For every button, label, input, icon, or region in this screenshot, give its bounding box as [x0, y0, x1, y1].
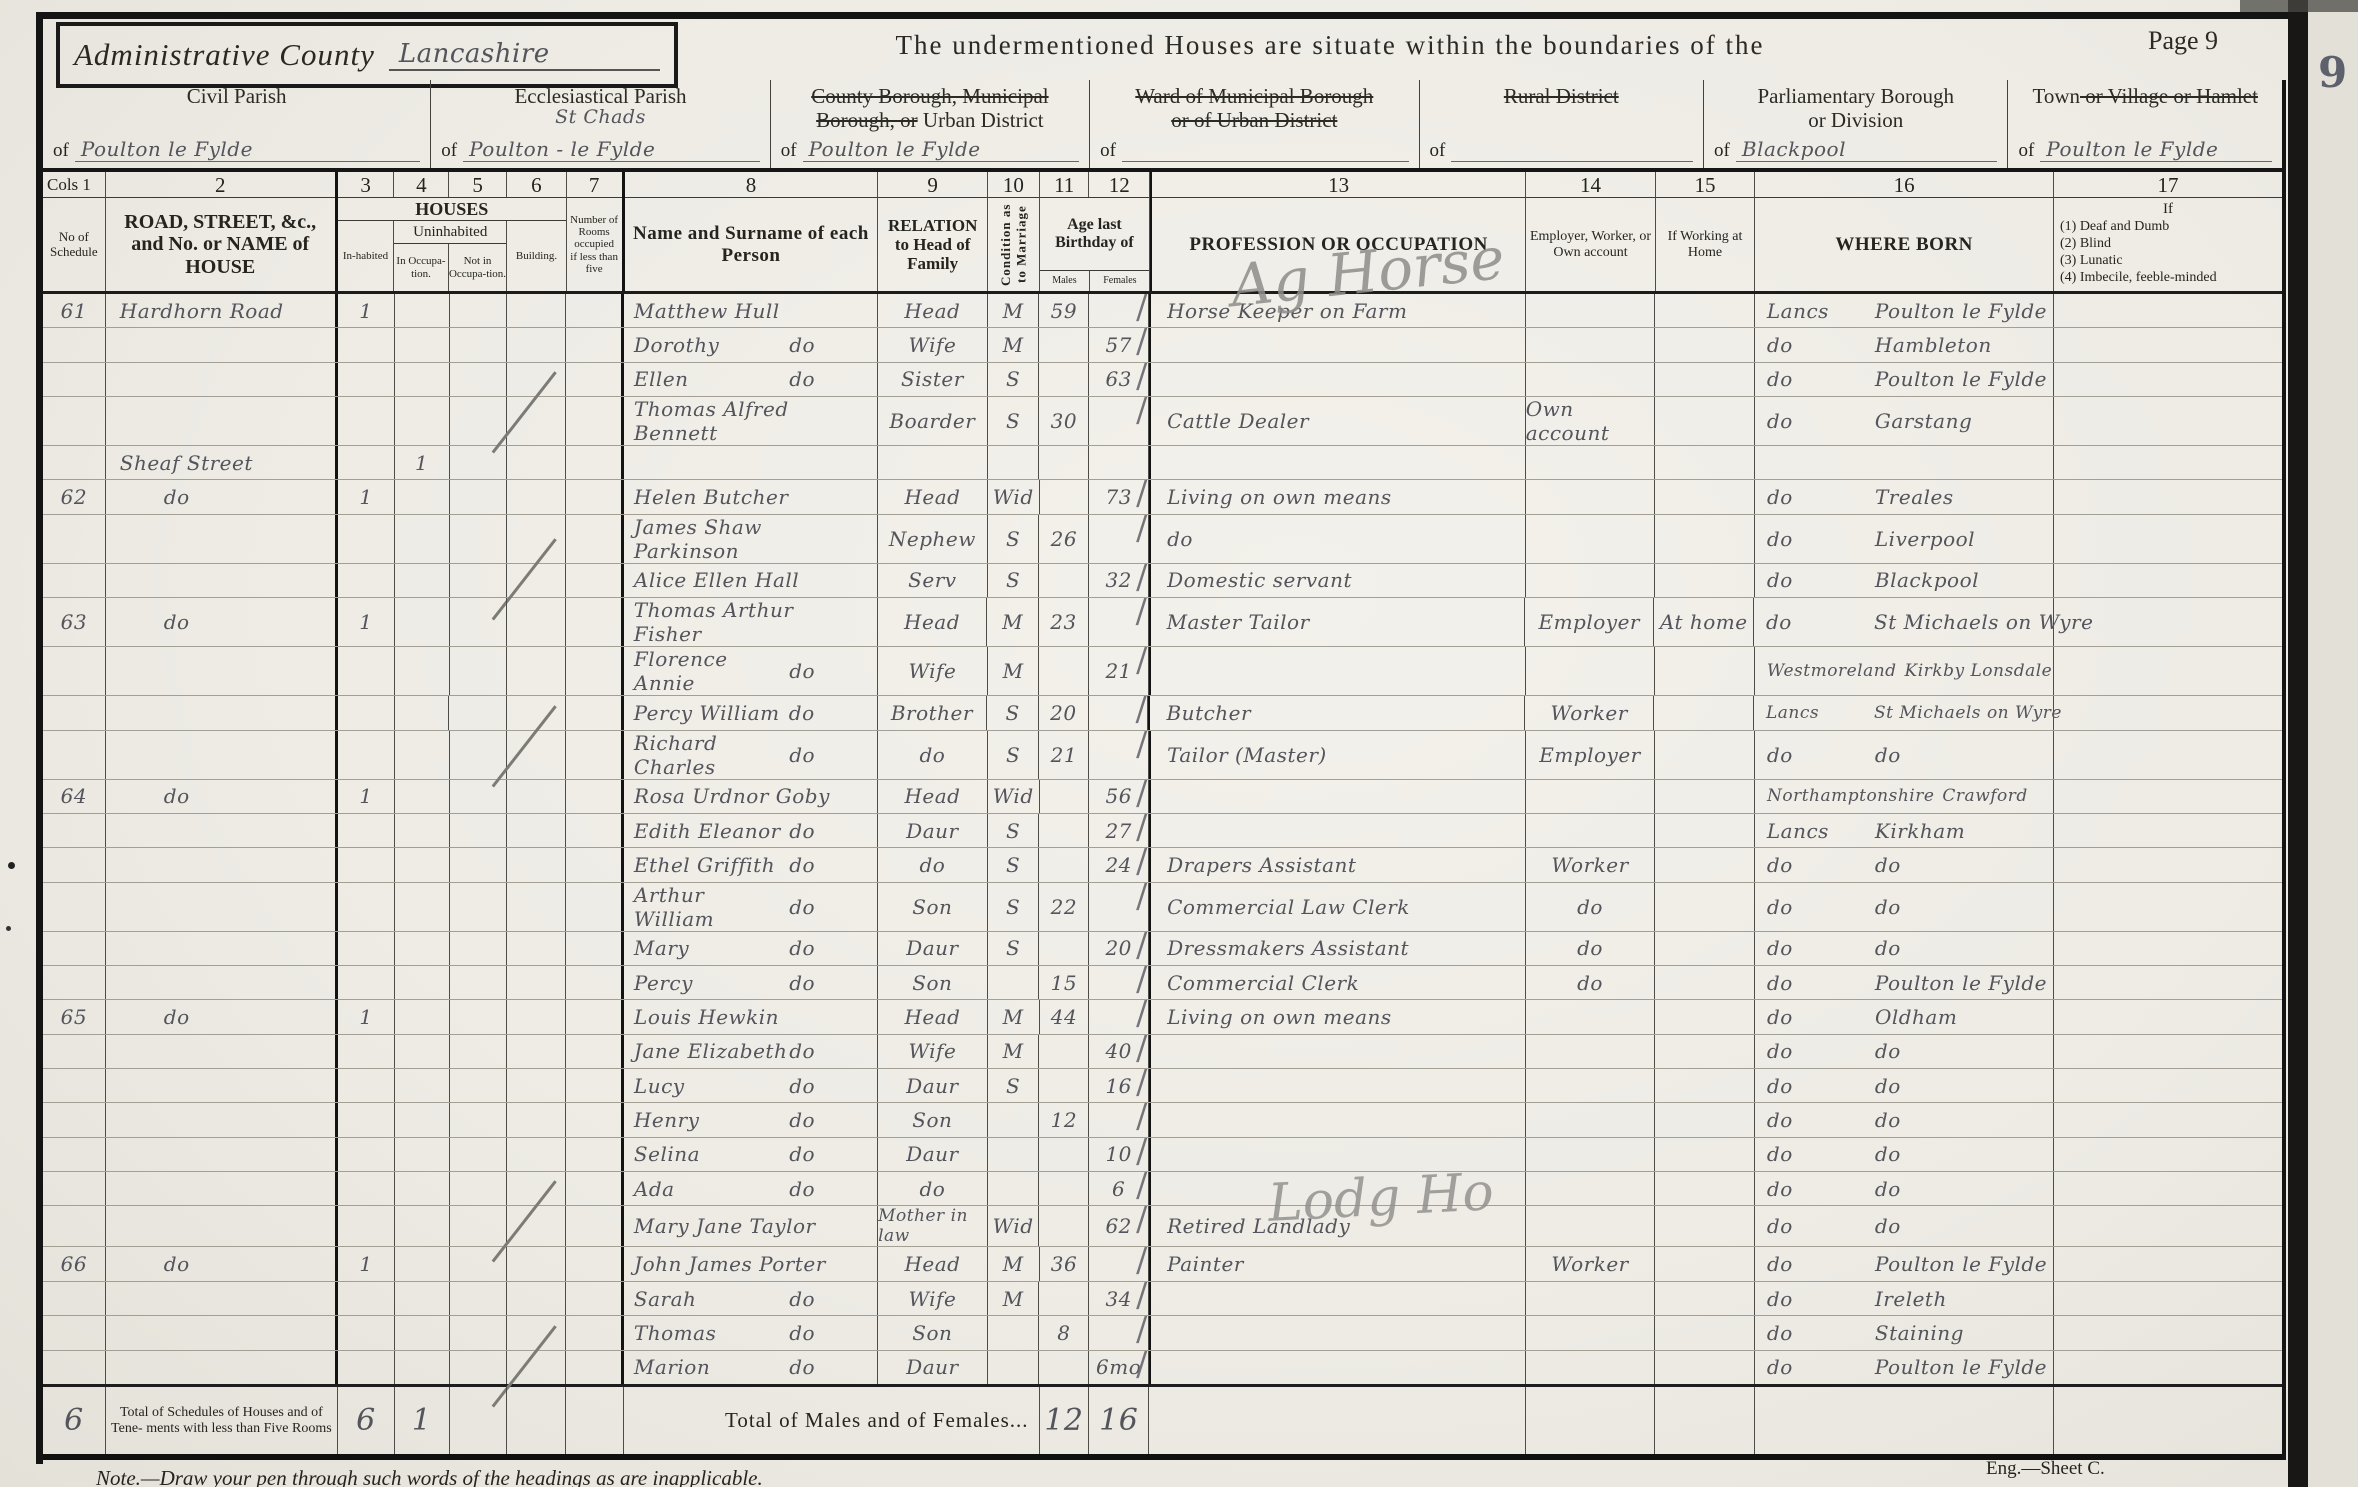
tally-tick-mark: ∕	[1136, 1096, 1148, 1135]
inhabited-count	[338, 1069, 395, 1102]
col7-label: Number of Rooms occupied if less than fi…	[567, 198, 622, 291]
birthplace: doStaining	[1755, 1316, 2054, 1349]
table-row: DorothydoWifeM57∕doHambleton	[43, 328, 2282, 362]
rooms-cell	[566, 1035, 624, 1068]
house-address	[106, 515, 338, 563]
marital-condition: M	[988, 1000, 1040, 1033]
person-name: Thomas Alfred Bennett	[624, 397, 878, 445]
not-in-occupation-cell	[450, 1351, 508, 1384]
age-male	[1039, 647, 1089, 695]
ditto-surname: do	[789, 1321, 863, 1345]
col9-label: RELATION to Head of Family	[878, 198, 987, 291]
relation-to-head: Head	[878, 780, 988, 813]
marital-condition: S	[988, 1069, 1040, 1102]
margin-stamp-number: 9	[2318, 48, 2347, 97]
col-schedule-header: Cols 1 No of Schedule	[43, 172, 106, 291]
birthplace: doGarstang	[1755, 397, 2054, 445]
col2-number: 2	[106, 172, 335, 198]
person-name: Jane Elizabethdo	[624, 1035, 878, 1068]
col16-number: 16	[1755, 172, 2053, 198]
admin-county-box: Administrative County Lancashire	[56, 22, 678, 88]
occupation: ∕	[1149, 780, 1526, 813]
uninhabited-count	[395, 598, 450, 646]
district-label: Parliamentary Boroughor Division	[1714, 84, 1997, 132]
birthplace: doPoulton le Fylde	[1755, 363, 2054, 396]
given-name: Richard Charles	[634, 731, 789, 779]
working-at-home	[1655, 564, 1755, 597]
tally-tick-mark: ∕	[1136, 1165, 1148, 1204]
house-address: Sheaf Street	[106, 446, 338, 479]
occupation: ∕	[1149, 1282, 1526, 1315]
table-row: HenrydoSon12∕dodo	[43, 1103, 2282, 1137]
employer-status	[1526, 328, 1656, 361]
employer-status: Worker	[1526, 848, 1656, 881]
inhabited-count	[338, 814, 395, 847]
district-label-segment: Civil Parish	[187, 84, 287, 108]
schedule-number	[43, 1206, 106, 1246]
col1-label: No of Schedule	[43, 198, 105, 291]
district-note: St Chads	[431, 106, 769, 128]
of-word: of	[53, 140, 69, 162]
birthplace: doPoulton le Fylde	[1755, 1351, 2054, 1384]
rooms-cell	[566, 780, 624, 813]
birth-place: Ireleth	[1867, 1287, 1947, 1311]
infirmity-cell	[2054, 1247, 2282, 1280]
uninhabited-count	[395, 696, 450, 729]
given-name: Arthur William	[634, 883, 789, 931]
employer-status	[1526, 363, 1656, 396]
schedule-number	[43, 1035, 106, 1068]
tally-tick-mark: ∕	[1136, 807, 1148, 846]
district-value: Poulton le Fylde	[75, 137, 420, 162]
inhabited-count	[338, 363, 395, 396]
given-name: Thomas	[634, 1321, 716, 1345]
uninhabited-count	[395, 1351, 450, 1384]
marital-condition: M	[988, 1247, 1040, 1280]
person-name: Matthew Hull	[624, 294, 878, 327]
occupation: ∕	[1149, 814, 1526, 847]
birth-county: do	[1767, 1142, 1867, 1166]
building-cell	[507, 966, 566, 999]
col-employer-header: 14 Employer, Worker, or Own account	[1526, 172, 1655, 291]
col15-number: 15	[1656, 172, 1755, 198]
marital-condition: S	[988, 731, 1040, 779]
infirmity-cell	[2054, 1172, 2282, 1205]
infirm-item: (1) Deaf and Dumb	[2060, 218, 2217, 235]
rooms-cell	[566, 1351, 624, 1384]
not-in-occupation-cell	[450, 564, 508, 597]
tally-tick-mark: ∕	[1136, 1309, 1148, 1348]
marital-condition	[988, 1103, 1040, 1136]
uninhabited-count	[395, 397, 450, 445]
occupation: ∕Commercial Law Clerk	[1149, 883, 1526, 931]
person-name: Ethel Griffithdo	[624, 848, 878, 881]
table-row: MariondoDaur6mo∕doPoulton le Fylde	[43, 1351, 2282, 1384]
person-name: Alice Ellen Hall	[624, 564, 878, 597]
inhabited-count	[338, 1172, 395, 1205]
age-male: 26	[1039, 515, 1089, 563]
tally-tick-mark: ∕	[1136, 591, 1148, 630]
rooms-cell	[566, 328, 624, 361]
tally-tick-mark: ∕	[1136, 925, 1148, 964]
district-value: Blackpool	[1736, 137, 1998, 162]
age-male	[1039, 932, 1089, 965]
house-address	[106, 731, 338, 779]
marital-condition	[988, 1138, 1040, 1171]
given-name: Ada	[634, 1177, 675, 1201]
total-empty-5	[450, 1387, 508, 1454]
building-cell	[507, 932, 566, 965]
occupation: ∕Tailor (Master)	[1149, 731, 1526, 779]
not-in-occupation-cell	[450, 598, 508, 646]
relation-to-head: Mother in law	[878, 1206, 988, 1246]
rooms-cell	[566, 848, 624, 881]
given-name: Mary	[634, 936, 689, 960]
age-male	[1039, 363, 1089, 396]
building-cell	[507, 480, 566, 513]
table-row: 65do1Louis HewkinHeadM44∕Living on own m…	[43, 1000, 2282, 1034]
birthplace: dodo	[1755, 1138, 2054, 1171]
birth-county: do	[1767, 409, 1867, 433]
occupation: ∕	[1149, 328, 1526, 361]
marital-condition: S	[988, 397, 1040, 445]
col-name-header: 8 Name and Surname of each Person	[625, 172, 879, 291]
age-male	[1040, 480, 1090, 513]
ditto-surname: do	[789, 1287, 863, 1311]
inhabited-count: 1	[338, 780, 395, 813]
birthplace: doLiverpool	[1755, 515, 2054, 563]
not-in-occupation-cell	[450, 1282, 508, 1315]
person-name: John James Porter	[624, 1247, 878, 1280]
working-at-home	[1655, 294, 1755, 327]
not-in-occupation-cell	[450, 480, 508, 513]
person-name: Adado	[624, 1172, 878, 1205]
tally-tick-mark: ∕	[1136, 724, 1148, 763]
employer-status	[1526, 1172, 1656, 1205]
infirm-item: (3) Lunatic	[2060, 252, 2217, 269]
birth-county: do	[1767, 367, 1867, 391]
working-at-home	[1654, 696, 1754, 729]
inhabited-count	[338, 1138, 395, 1171]
rooms-cell	[566, 1000, 624, 1033]
uninhabited-count	[395, 780, 450, 813]
table-row: Florence AnniedoWifeM21∕WestmorelandKirk…	[43, 647, 2282, 696]
tally-tick-mark: ∕	[1136, 508, 1148, 547]
building-cell	[507, 1247, 566, 1280]
house-address: Hardhorn Road	[106, 294, 338, 327]
table-row: Sheaf Street1	[43, 446, 2282, 480]
house-address	[106, 1351, 338, 1384]
marital-condition	[988, 966, 1040, 999]
house-address: do	[106, 1247, 338, 1280]
houses-group-header: 3 4 5 6 HOUSES In-habited Uninhabited In…	[338, 172, 567, 291]
ditto-surname: do	[789, 1108, 863, 1132]
schedule-number	[43, 363, 106, 396]
employer-status: do	[1526, 932, 1656, 965]
total-empty-6	[507, 1387, 566, 1454]
occupation: ∕do	[1149, 515, 1526, 563]
person-name: Percy Williamdo	[624, 696, 878, 729]
tally-tick-mark: ∕	[1136, 1275, 1148, 1314]
building-cell	[507, 328, 566, 361]
table-row: SarahdoWifeM34∕doIreleth	[43, 1282, 2282, 1316]
district-1: Ecclesiastical ParishSt ChadsofPoulton -…	[431, 80, 770, 168]
working-at-home	[1655, 1172, 1755, 1205]
person-name: Ellendo	[624, 363, 878, 396]
uninhabited-count	[395, 848, 450, 881]
marital-condition	[988, 446, 1040, 479]
occupation: ∕	[1149, 1138, 1526, 1171]
birth-county: do	[1767, 1177, 1867, 1201]
infirmity-cell	[2054, 966, 2282, 999]
relation-to-head: Head	[878, 480, 988, 513]
district-label-segment: Rural District	[1504, 84, 1619, 108]
rooms-cell	[566, 363, 624, 396]
person-name: Florence Anniedo	[624, 647, 878, 695]
relation-to-head: Head	[878, 598, 988, 646]
uninhabited-count	[395, 647, 450, 695]
col11-number: 11	[1040, 172, 1090, 197]
working-at-home	[1655, 1138, 1755, 1171]
house-address	[106, 1069, 338, 1102]
age-male: 8	[1039, 1316, 1089, 1349]
schedule-number	[43, 446, 106, 479]
building-cell	[507, 1282, 566, 1315]
tally-tick-mark: ∕	[1136, 1240, 1148, 1279]
in-occupation-label: In Occupa-tion.	[394, 244, 449, 291]
birth-county: do	[1767, 1214, 1867, 1238]
occupation: ∕Cattle Dealer	[1149, 397, 1526, 445]
birth-place: do	[1867, 1074, 1901, 1098]
relation-to-head: Wife	[878, 1035, 988, 1068]
person-name: Thomasdo	[624, 1316, 878, 1349]
inhabited-count: 1	[338, 294, 395, 327]
district-label: Town or Village or Hamlet	[2018, 84, 2272, 108]
inhabited-count	[338, 1351, 395, 1384]
district-label-segment: Ward of Municipal Borough	[1135, 84, 1373, 108]
schedule-number	[43, 1316, 106, 1349]
age-male	[1039, 1138, 1089, 1171]
rooms-cell	[566, 814, 624, 847]
district-label: Civil Parish	[53, 84, 420, 108]
ditto-surname: do	[789, 1074, 863, 1098]
occupation: ∕	[1149, 647, 1526, 695]
marital-condition: S	[988, 515, 1040, 563]
employer-status	[1526, 294, 1656, 327]
total-females: 16	[1089, 1387, 1149, 1454]
district-of-line: ofPoulton le Fylde	[53, 137, 420, 162]
not-in-occupation-label: Not in Occupa-tion.	[449, 244, 506, 291]
house-address	[106, 1206, 338, 1246]
given-name: Selina	[634, 1142, 700, 1166]
tally-tick-mark: ∕	[1136, 959, 1148, 998]
inhabited-count	[338, 1206, 395, 1246]
building-cell	[507, 1069, 566, 1102]
uninhabited-count	[395, 1035, 450, 1068]
marital-condition: S	[988, 932, 1040, 965]
rooms-cell	[566, 397, 624, 445]
house-address	[106, 932, 338, 965]
age-male	[1039, 1035, 1089, 1068]
district-label-segment: or of Urban District	[1171, 108, 1337, 132]
birth-county: do	[1767, 485, 1867, 509]
schedule-number	[43, 397, 106, 445]
inhabited-count	[338, 1316, 395, 1349]
infirmity-cell	[2054, 294, 2282, 327]
col-road-header: 2 ROAD, STREET, &c., and No. or NAME of …	[106, 172, 338, 291]
employer-status: do	[1526, 883, 1656, 931]
table-row: James Shaw ParkinsonNephewS26∕dodoLiverp…	[43, 515, 2282, 564]
birth-county: Lancs	[1767, 299, 1867, 323]
infirmity-cell	[2054, 883, 2282, 931]
birth-place: do	[1867, 1142, 1901, 1166]
marital-condition: S	[988, 564, 1040, 597]
not-in-occupation-cell	[450, 731, 508, 779]
houses-numbers: 3 4 5 6	[338, 172, 566, 198]
uninhabited-count	[395, 1000, 450, 1033]
inhabited-count	[338, 966, 395, 999]
page-edge-shadow	[2288, 0, 2308, 1487]
infirmity-cell	[2054, 780, 2282, 813]
table-row: Arthur WilliamdoSonS22∕Commercial Law Cl…	[43, 883, 2282, 932]
infirmity-cell	[2054, 1103, 2282, 1136]
uninhabited-count	[395, 1172, 450, 1205]
district-label: County Borough, MunicipalBorough, or Urb…	[781, 84, 1079, 132]
building-cell	[507, 883, 566, 931]
tally-tick-mark: ∕	[1136, 390, 1148, 429]
relation-to-head	[878, 446, 988, 479]
birth-place: Kirkby Lonsdale	[1897, 661, 2053, 681]
occupation: ∕	[1149, 1103, 1526, 1136]
person-name: Lucydo	[624, 1069, 878, 1102]
schedule-number	[43, 848, 106, 881]
employer-status	[1526, 814, 1656, 847]
birth-county: do	[1767, 1287, 1867, 1311]
tally-tick-mark: ∕	[1136, 473, 1148, 512]
birthplace: doBlackpool	[1755, 564, 2054, 597]
birth-county: do	[1767, 1039, 1867, 1063]
person-name: Helen Butcher	[624, 480, 878, 513]
birth-place: Treales	[1867, 485, 1954, 509]
relation-to-head: do	[878, 848, 988, 881]
infirmity-cell	[2054, 446, 2282, 479]
total-empty-13	[1149, 1387, 1526, 1454]
person-name: Mary Jane Taylor	[624, 1206, 878, 1246]
age-male	[1039, 1282, 1089, 1315]
tally-tick-mark: ∕	[1136, 773, 1148, 812]
employer-status	[1526, 1138, 1656, 1171]
birth-county: do	[1767, 1355, 1867, 1379]
tally-tick-mark: ∕	[1136, 993, 1148, 1032]
schedule-number	[43, 696, 106, 729]
marital-condition: M	[987, 598, 1039, 646]
person-name: Richard Charlesdo	[624, 731, 878, 779]
birth-county: do	[1767, 527, 1867, 551]
relation-to-head: Head	[878, 1000, 988, 1033]
table-row: Mary Jane TaylorMother in lawWid62∕Retir…	[43, 1206, 2282, 1247]
col-infirmity-header: 17 If (1) Deaf and Dumb(2) Blind(3) Luna…	[2054, 172, 2282, 291]
house-address	[106, 1035, 338, 1068]
schedule-number	[43, 966, 106, 999]
rooms-cell	[566, 564, 624, 597]
birth-county: do	[1767, 971, 1867, 995]
given-name: Henry	[634, 1108, 700, 1132]
marital-condition: S	[988, 363, 1040, 396]
birth-place: St Michaels on Wyre	[1866, 703, 2062, 723]
building-cell	[507, 598, 566, 646]
infirmity-cell	[2054, 515, 2282, 563]
building-cell	[507, 1172, 566, 1205]
age-male	[1039, 1351, 1089, 1384]
marital-condition: Wid	[988, 1206, 1040, 1246]
birth-place: do	[1867, 1039, 1901, 1063]
employer-status	[1526, 1316, 1656, 1349]
relation-to-head: Daur	[878, 1069, 988, 1102]
relation-to-head: do	[878, 731, 988, 779]
col16-label: WHERE BORN	[1755, 198, 2053, 291]
relation-to-head: Wife	[878, 328, 988, 361]
employer-status: Worker	[1525, 696, 1654, 729]
occupation: ∕Butcher	[1148, 696, 1524, 729]
marital-condition: M	[988, 294, 1040, 327]
uninhabited-count	[395, 515, 450, 563]
district-3: Ward of Municipal Boroughor of Urban Dis…	[1090, 80, 1419, 168]
record-rows: 61Hardhorn Road1Matthew HullHeadM59∕Hors…	[43, 294, 2282, 1384]
schedule-number	[43, 515, 106, 563]
employer-status	[1526, 515, 1656, 563]
occupation: ∕	[1149, 1069, 1526, 1102]
birth-place: Poulton le Fylde	[1867, 971, 2047, 995]
birthplace: doPoulton le Fylde	[1755, 1247, 2054, 1280]
tally-tick-mark: ∕	[1136, 356, 1148, 395]
age-male: 15	[1039, 966, 1089, 999]
employer-status	[1526, 647, 1656, 695]
schedule-number	[43, 647, 106, 695]
occupation: ∕	[1149, 1035, 1526, 1068]
not-in-occupation-cell	[450, 397, 508, 445]
district-label-segment: or Village or Hamlet	[2080, 84, 2258, 108]
building-label: Building.	[507, 221, 565, 291]
occupation: ∕Living on own means	[1149, 1000, 1526, 1033]
schedule-number	[43, 814, 106, 847]
inhabited-count: 1	[338, 1000, 395, 1033]
house-address	[106, 1282, 338, 1315]
not-in-occupation-cell	[450, 966, 508, 999]
tally-tick-mark: ∕	[1136, 1344, 1148, 1383]
age-male	[1039, 1172, 1089, 1205]
person-name: Thomas Arthur Fisher	[624, 598, 878, 646]
col4-number: 4	[394, 172, 449, 197]
working-at-home	[1655, 932, 1755, 965]
not-in-occupation-cell	[450, 515, 508, 563]
house-address	[106, 696, 338, 729]
working-at-home	[1655, 780, 1755, 813]
of-word: of	[2018, 140, 2034, 162]
district-of-line: of	[1430, 140, 1694, 162]
age-male: 44	[1040, 1000, 1090, 1033]
house-address	[106, 814, 338, 847]
birthplace: doIreleth	[1755, 1282, 2054, 1315]
rooms-cell	[566, 1206, 624, 1246]
working-at-home	[1655, 446, 1755, 479]
age-male	[1039, 564, 1089, 597]
uninhabited-count	[395, 1282, 450, 1315]
total-empty-7	[566, 1387, 624, 1454]
marital-condition: M	[988, 1035, 1040, 1068]
district-4: Rural Districtof	[1420, 80, 1705, 168]
inhabited-count: 1	[338, 480, 395, 513]
occupation: ∕	[1149, 363, 1526, 396]
